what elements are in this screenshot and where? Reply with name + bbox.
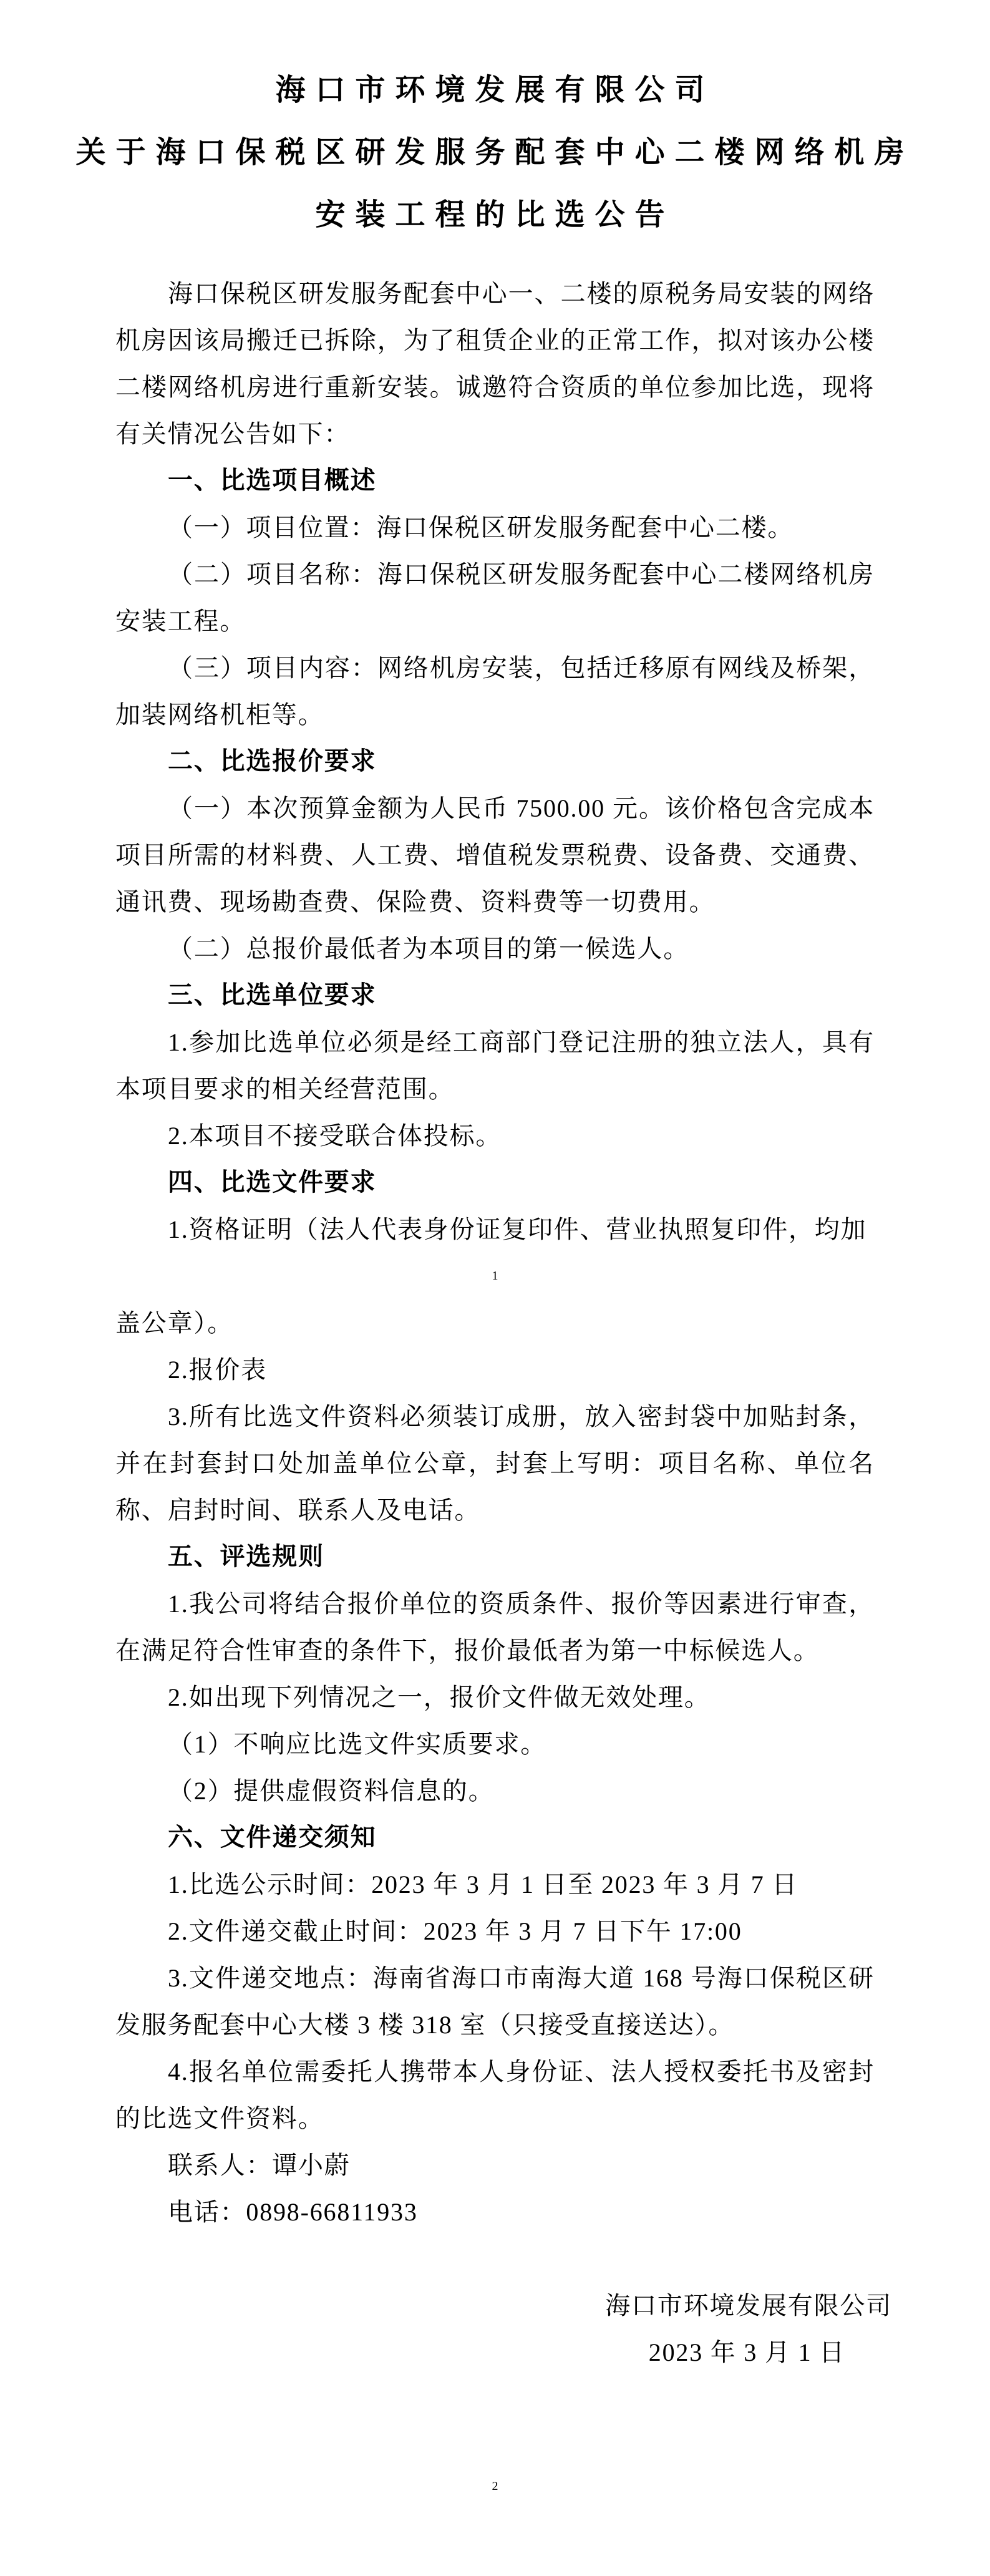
- doc-title-line-2: 关于海口保税区研发服务配套中心二楼网络机房: [0, 122, 990, 184]
- section-1-heading: 一、比选项目概述: [115, 457, 875, 504]
- section-5-item-1: 1.我公司将结合报价单位的资质条件、报价等因素进行审查，在满足符合性审查的条件下…: [115, 1580, 875, 1674]
- section-3-heading: 三、比选单位要求: [115, 972, 875, 1019]
- spacer-line: [115, 2235, 875, 2282]
- section-2-heading: 二、比选报价要求: [115, 738, 875, 785]
- section-4-item-3: 3.所有比选文件资料必须装订成册，放入密封袋中加贴封条，并在封套封口处加盖单位公…: [115, 1393, 875, 1533]
- section-6-item-4: 4.报名单位需委托人携带本人身份证、法人授权委托书及密封的比选文件资料。: [115, 2048, 875, 2142]
- section-6-heading: 六、文件递交须知: [115, 1814, 875, 1861]
- section-6-item-3: 3.文件递交地点：海南省海口市南海大道 168 号海口保税区研发服务配套中心大楼…: [115, 1955, 875, 2048]
- document-body: 海口保税区研发服务配套中心一、二楼的原税务局安装的网络机房因该局搬迁已拆除，为了…: [0, 270, 990, 2376]
- contact-person-line: 联系人：谭小蔚: [115, 2142, 875, 2189]
- section-3-item-2: 2.本项目不接受联合体投标。: [115, 1112, 875, 1159]
- section-4-item-1: 1.资格证明（法人代表身份证复印件、营业执照复印件，均加: [115, 1206, 875, 1253]
- section-1-item-3: （三）项目内容：网络机房安装，包括迁移原有网线及桥架，加装网络机柜等。: [115, 644, 875, 738]
- document-page: 海口市环境发展有限公司 关于海口保税区研发服务配套中心二楼网络机房 安装工程的比…: [0, 0, 990, 2576]
- section-4-item-1-continued: 盖公章）。: [115, 1300, 875, 1346]
- page-1-footer-number: 1: [115, 1253, 875, 1300]
- section-1-item-2: （二）项目名称：海口保税区研发服务配套中心二楼网络机房安装工程。: [115, 551, 875, 644]
- section-5-item-4: （2）提供虚假资料信息的。: [115, 1767, 875, 1814]
- section-6-item-2: 2.文件递交截止时间：2023 年 3 月 7 日下午 17:00: [115, 1908, 875, 1955]
- signature-date: 2023 年 3 月 1 日: [115, 2329, 845, 2376]
- section-5-heading: 五、评选规则: [115, 1533, 875, 1580]
- doc-title-line-3: 安装工程的比选公告: [0, 184, 990, 246]
- section-5-item-3: （1）不响应比选文件实质要求。: [115, 1721, 875, 1767]
- section-4-heading: 四、比选文件要求: [115, 1159, 875, 1206]
- section-5-item-2: 2.如出现下列情况之一，报价文件做无效处理。: [115, 1674, 875, 1721]
- section-1-item-1: （一）项目位置：海口保税区研发服务配套中心二楼。: [115, 504, 875, 551]
- section-6-item-1: 1.比选公示时间：2023 年 3 月 1 日至 2023 年 3 月 7 日: [115, 1861, 875, 1908]
- section-4-item-2: 2.报价表: [115, 1346, 875, 1393]
- page-2-footer-number: 2: [0, 2474, 990, 2499]
- section-2-item-1: （一）本次预算金额为人民币 7500.00 元。该价格包含完成本项目所需的材料费…: [115, 785, 875, 925]
- title-block: 海口市环境发展有限公司 关于海口保税区研发服务配套中心二楼网络机房 安装工程的比…: [0, 59, 990, 246]
- signature-company: 海口市环境发展有限公司: [115, 2282, 892, 2329]
- contact-phone-line: 电话：0898-66811933: [115, 2189, 875, 2235]
- doc-title-line-1: 海口市环境发展有限公司: [0, 59, 990, 122]
- section-2-item-2: （二）总报价最低者为本项目的第一候选人。: [115, 925, 875, 972]
- intro-paragraph: 海口保税区研发服务配套中心一、二楼的原税务局安装的网络机房因该局搬迁已拆除，为了…: [115, 270, 875, 457]
- section-3-item-1: 1.参加比选单位必须是经工商部门登记注册的独立法人，具有本项目要求的相关经营范围…: [115, 1019, 875, 1112]
